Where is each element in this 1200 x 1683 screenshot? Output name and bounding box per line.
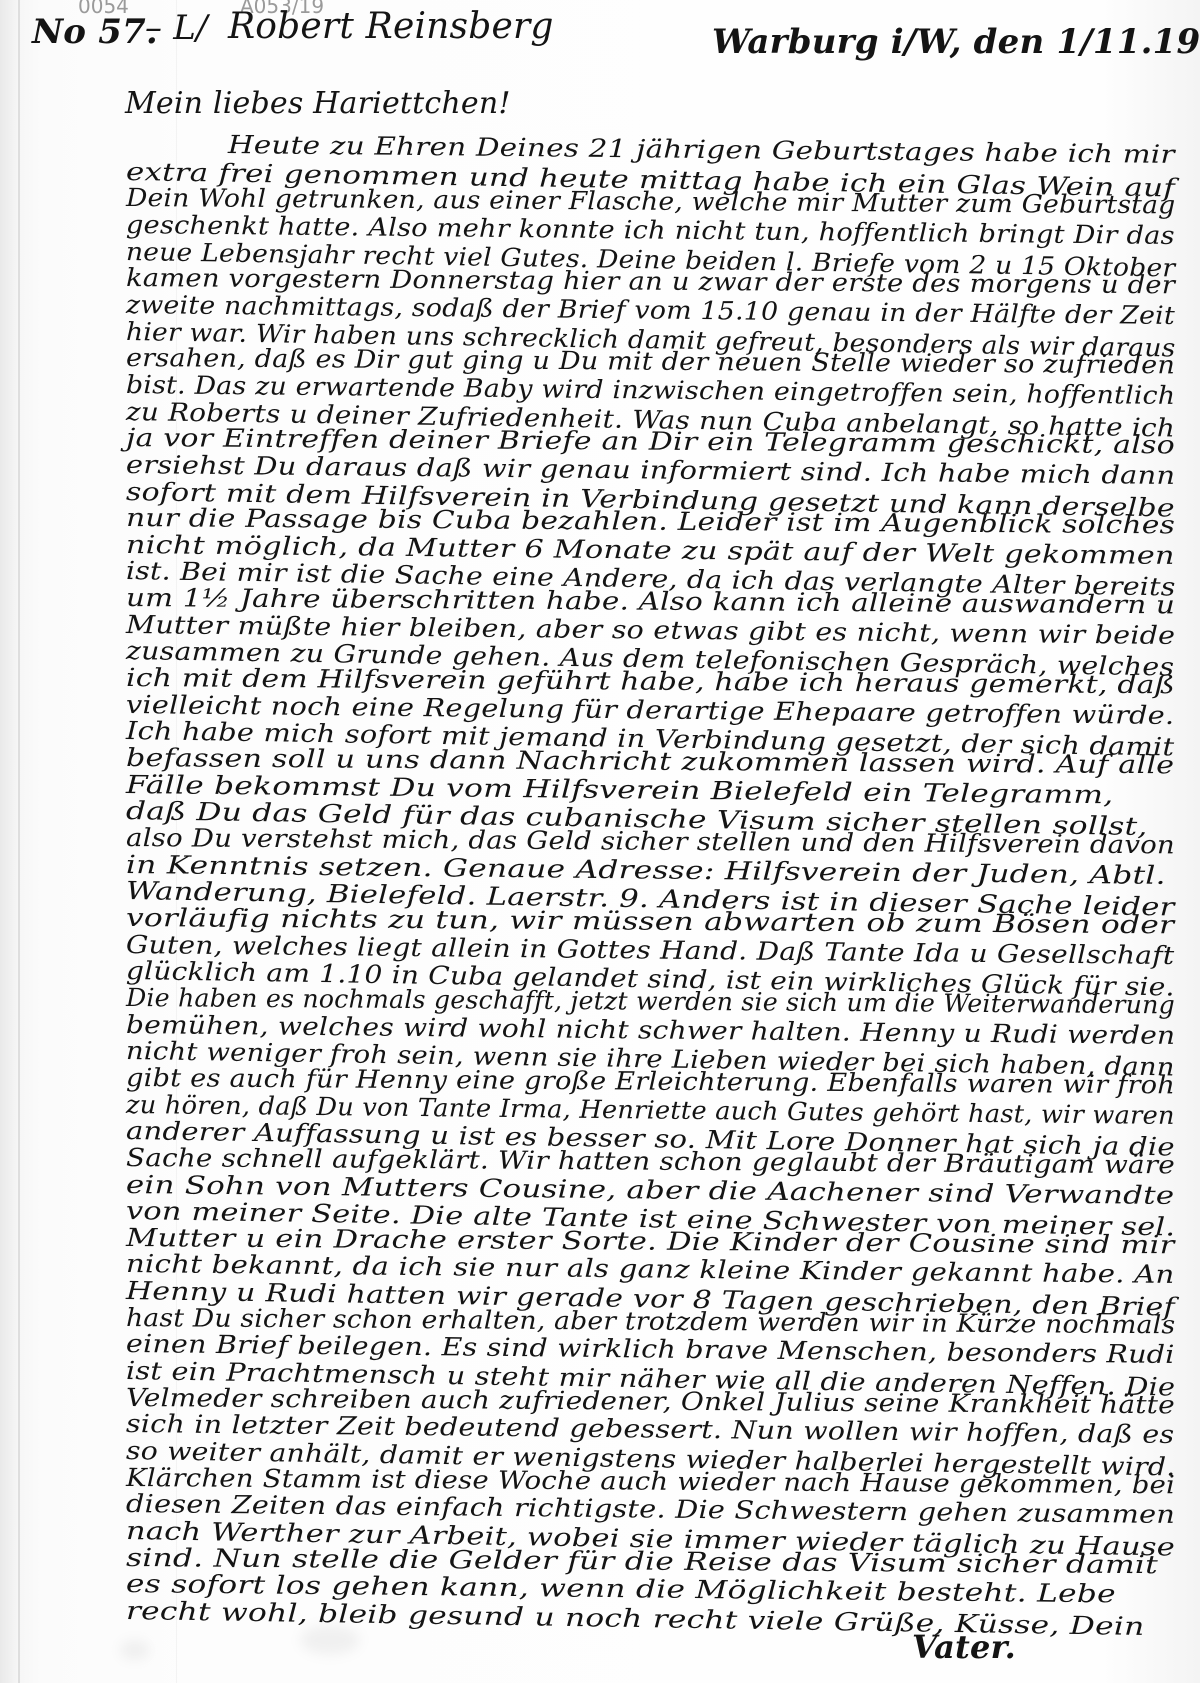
paper-stain — [300, 1625, 360, 1655]
signature: Vater. — [912, 1628, 1016, 1666]
letter-page: 0054 A053/19 No 57. – L/ Robert Reinsber… — [0, 0, 1200, 1683]
place-date: Warburg i/W, den 1/11.1941. — [712, 22, 1200, 62]
salutation: Mein liebes Hariettchen! — [125, 86, 511, 121]
archive-mark: – L/ — [145, 8, 208, 48]
paper-stain — [120, 1640, 150, 1660]
letter-number: No 57. — [32, 12, 158, 52]
paper-edge — [18, 0, 20, 1683]
sender-name: Robert Reinsberg — [228, 6, 554, 47]
